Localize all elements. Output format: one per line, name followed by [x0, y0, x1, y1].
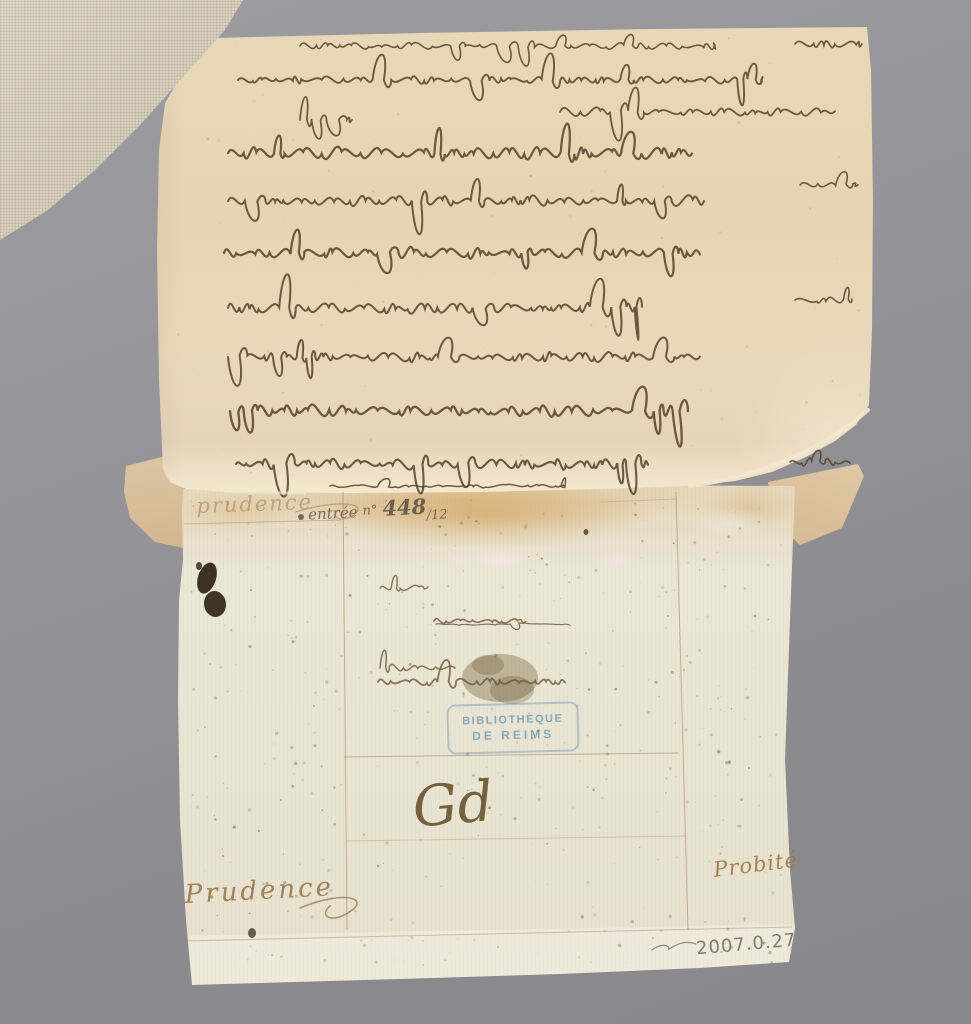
page-curl-shading: [140, 20, 880, 500]
entry-no-abbrev: n°: [362, 503, 378, 519]
ink-monogram: Gd: [410, 769, 496, 841]
entry-number-suffix: /12: [426, 507, 448, 523]
stamp-line2: DE REIMS: [449, 726, 577, 743]
library-stamp: BIBLIOTHÈQUE DE REIMS: [446, 701, 579, 754]
stamp-line1: BIBLIOTHÈQUE: [449, 712, 577, 727]
entry-number: 448: [382, 493, 427, 520]
entry-word: entrée: [308, 503, 358, 524]
top-sheet-handwritten-letter: [140, 20, 880, 500]
photo-archival-document: prudence entrée n° 448/12 BIBLIOTHÈQUE D…: [0, 0, 971, 1024]
faded-inscription-prudence: prudence: [196, 490, 313, 518]
